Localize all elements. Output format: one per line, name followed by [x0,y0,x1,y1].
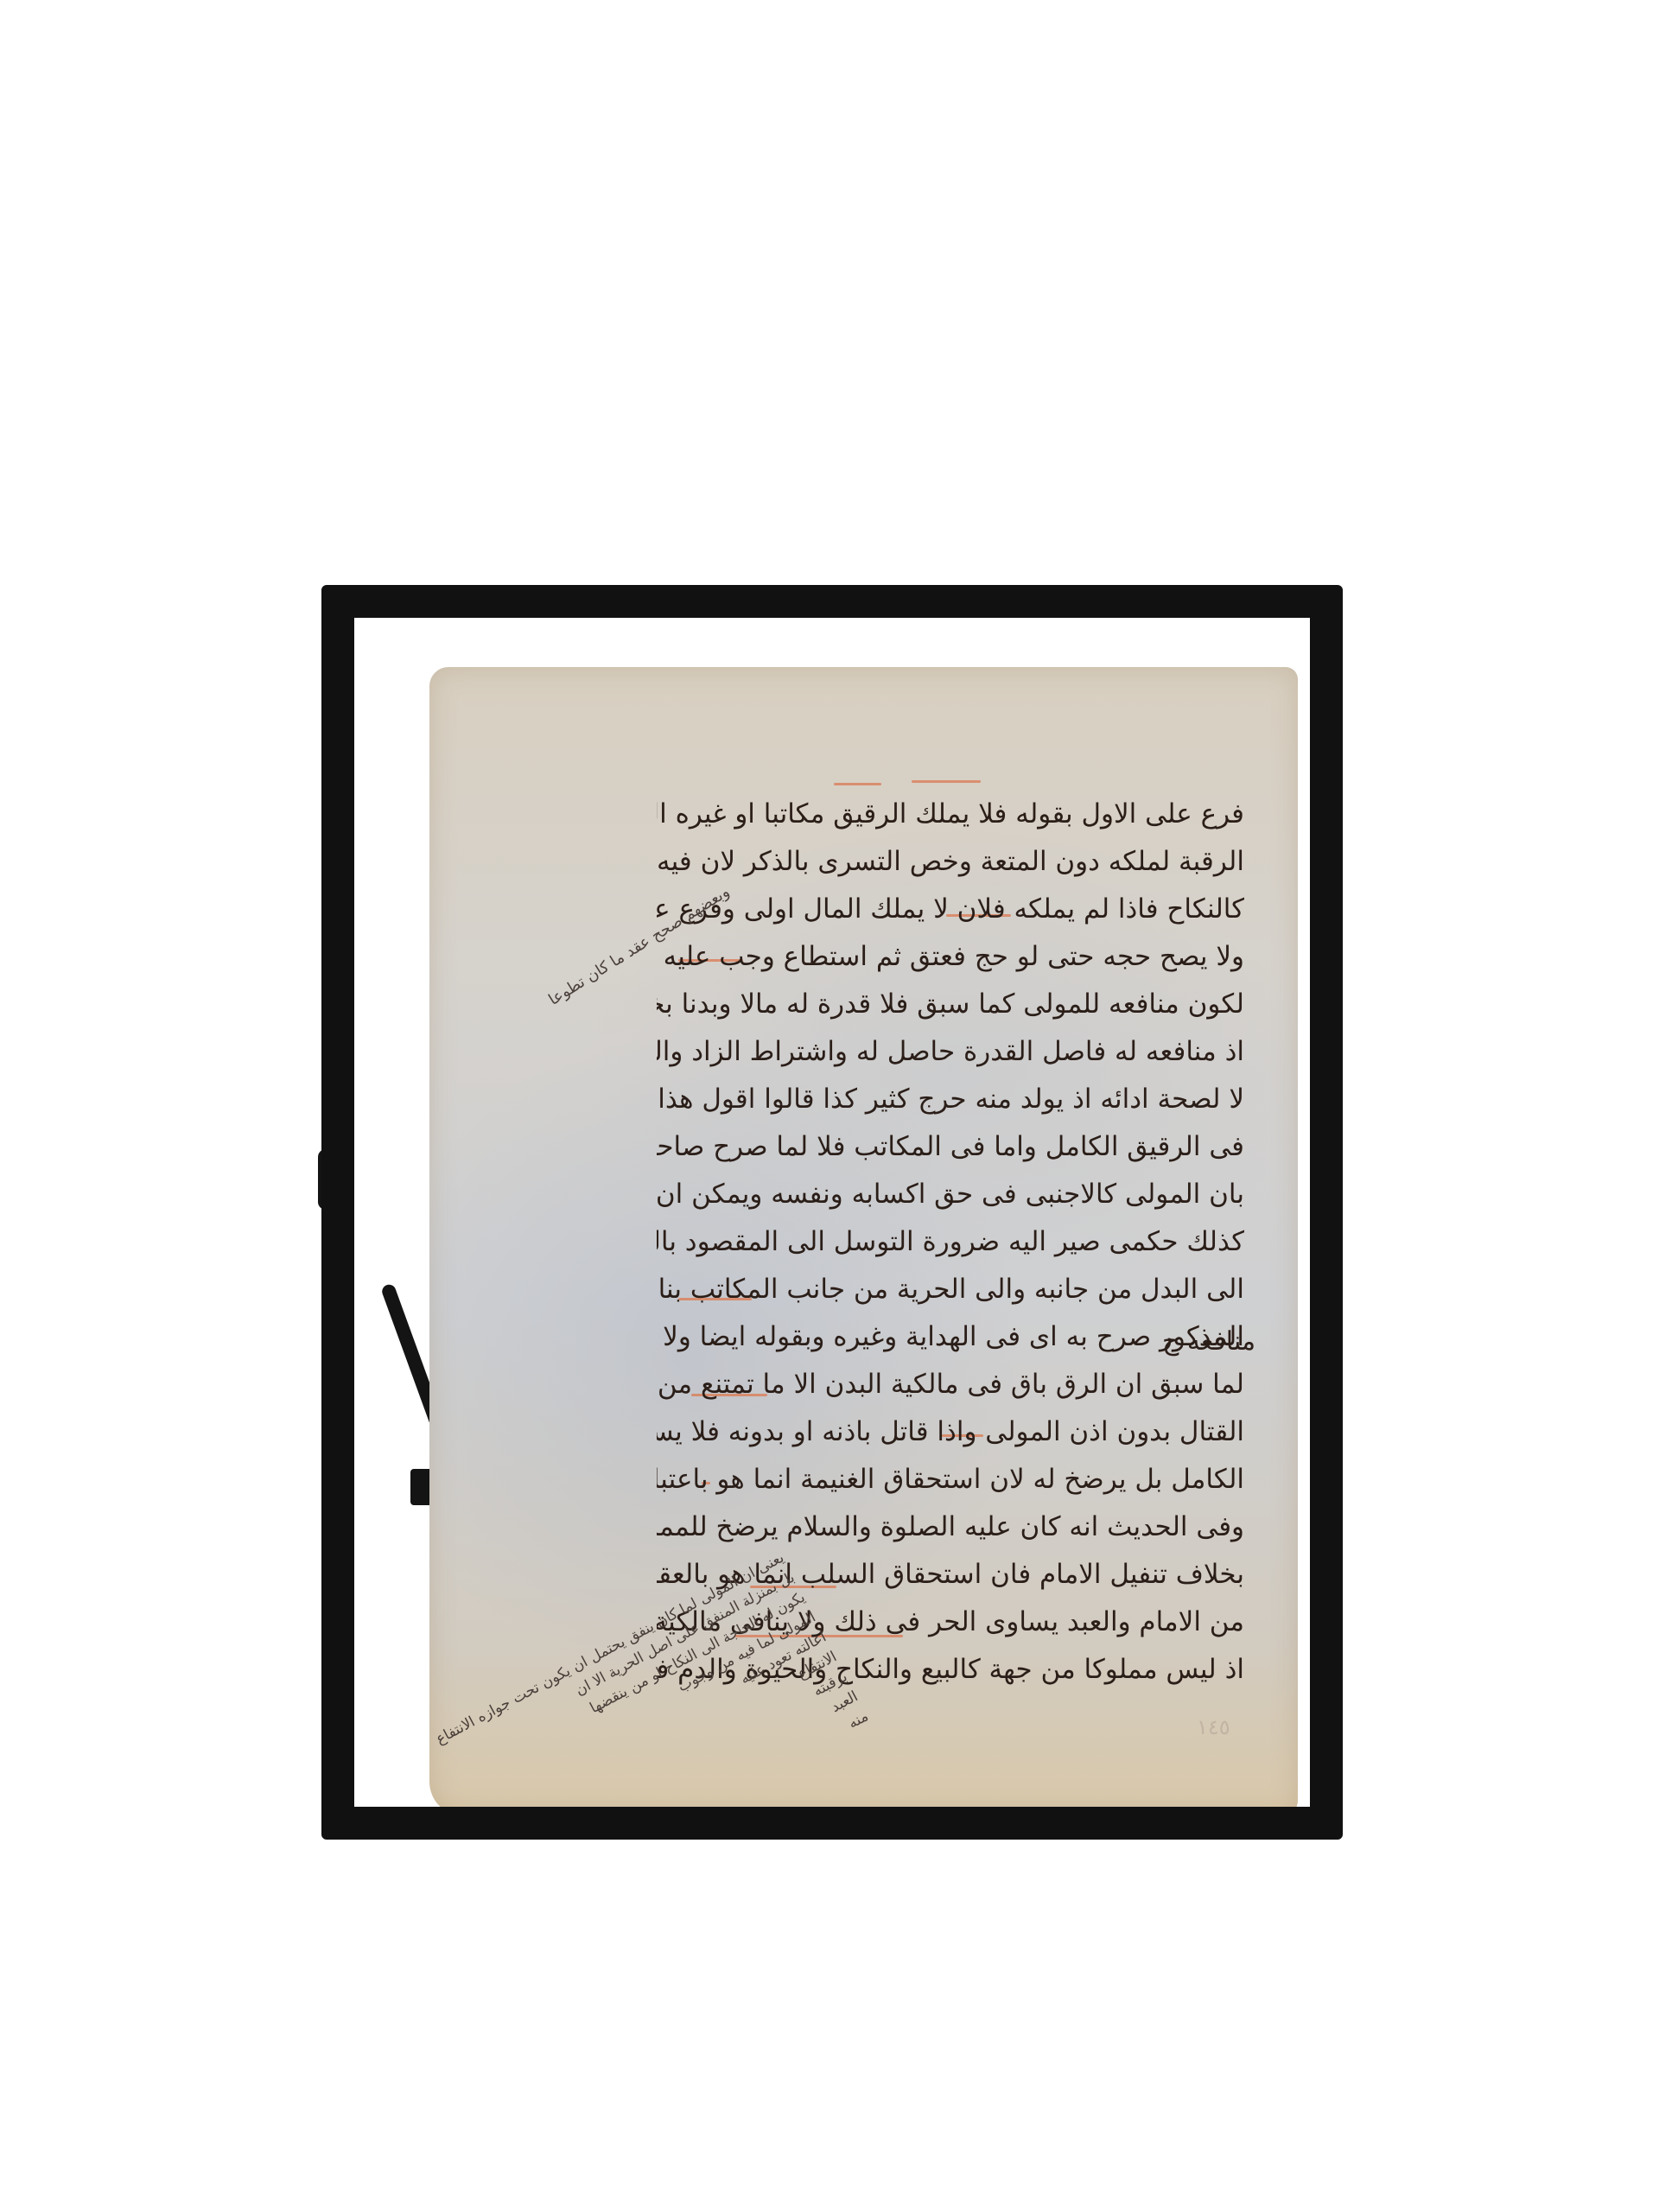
display-frame [321,585,1343,1840]
photo-scene: فرع على الاول بقوله فلا يملك الرقيق مكات… [0,0,1659,2212]
